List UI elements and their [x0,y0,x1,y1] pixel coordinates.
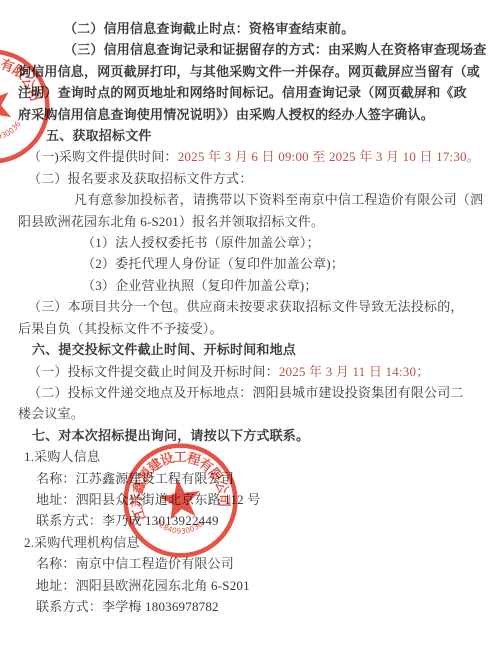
text-segment: （二）信用信息查询截止时点：资格审查结束前。 [64,21,354,36]
text-line: 凡有意参加投标者，请携带以下资料至南京中信工程造价有限公司（泗 [18,189,482,210]
text-line: 地址：泗阳县欧洲花园东北角 6-S201 [18,575,482,596]
text-segment: 地址：泗阳县众兴街道北京东路 112 号 [36,492,261,507]
text-line: 阳县欧洲花园东北角 6-S201）报名并领取招标文件。 [18,211,482,232]
text-segment: 询信用信息，网页截屏打印，与其他采购文件一并保存。网页截屏应当留有（或 [18,64,480,79]
text-line: 2.采购代理机构信息 [18,532,482,553]
text-segment: （三）本项目共分一个包。供应商未按要求获取招标文件导致无法投标的， [28,299,464,314]
text-segment: （一）投标文件提交截止时间及开标时间： [28,364,279,379]
text-line: （1）法人授权委托书（原件加盖公章）； [18,232,482,253]
text-line: （一)采购文件提供时间：2025 年 3 月 6 日 09:00 至 2025 … [18,146,482,167]
text-line: 1.采购人信息 [18,446,482,467]
text-line: 询信用信息，网页截屏打印，与其他采购文件一并保存。网页截屏应当留有（或 [18,61,482,82]
highlighted-date-text: 2025 年 3 月 6 日 09:00 至 2025 年 3 月 10 日 1… [178,149,480,164]
text-segment: 注明）查询时点的网页地址和网络时间标记。信用查询记录（网页截屏和《政 [18,85,467,100]
text-line: （二）报名要求及获取招标文件方式： [18,168,482,189]
text-segment: 七、对本次招标提出询问，请按以下方式联系。 [32,428,309,443]
text-segment: 1.采购人信息 [24,449,100,464]
text-segment: 五、获取招标文件 [46,128,152,143]
text-segment: 2.采购代理机构信息 [24,535,140,550]
text-line: 名称：南京中信工程造价有限公司 [18,553,482,574]
text-line: （2）委托代理人身份证（复印件加盖公章)； [18,253,482,274]
text-segment: 阳县欧洲花园东北角 6-S201）报名并领取招标文件。 [18,214,324,229]
text-line: 府采购信用信息查询使用情况说明》）由采购人授权的经办人签字确认。 [18,104,482,125]
text-line: 七、对本次招标提出询问，请按以下方式联系。 [18,425,482,446]
text-segment: （二）投标文件递交地点及开标地点：泗阳县城市建设投资集团有限公司二 [28,385,464,400]
text-segment: 府采购信用信息查询使用情况说明》）由采购人授权的经办人签字确认。 [18,107,434,122]
text-segment: 名称：江苏鑫源建设工程有限公司 [36,471,234,486]
document-page: （二）信用信息查询截止时点：资格审查结束前。（三）信用信息查询记录和证据留存的方… [0,0,500,649]
text-segment: （三）信用信息查询记录和证据留存的方式：由采购人在资格审查现场查 [64,42,486,57]
text-segment: 六、提交投标文件截止时间、开标时间和地点 [32,342,296,357]
text-line: 联系方式：李学梅 18036978782 [18,596,482,617]
document-body: （二）信用信息查询截止时点：资格审查结束前。（三）信用信息查询记录和证据留存的方… [18,18,482,617]
text-segment: 楼会议室。 [18,406,84,421]
text-line: 后果自负（其投标文件不予接受）。 [18,318,482,339]
text-line: （3）企业营业执照（复印件加盖公章)； [18,275,482,296]
text-segment: （3）企业营业执照（复印件加盖公章)； [82,278,318,293]
text-line: 五、获取招标文件 [18,125,482,146]
text-segment: 联系方式：李乃成 13013922449 [36,513,219,528]
text-segment: 名称：南京中信工程造价有限公司 [36,556,234,571]
text-line: （二）信用信息查询截止时点：资格审查结束前。 [18,18,482,39]
text-line: 地址：泗阳县众兴街道北京东路 112 号 [18,489,482,510]
text-segment: 联系方式：李学梅 18036978782 [36,599,219,614]
text-segment: （二）报名要求及获取招标文件方式： [28,171,252,186]
text-line: 六、提交投标文件截止时间、开标时间和地点 [18,339,482,360]
text-segment: （一)采购文件提供时间： [28,149,178,164]
text-line: （一）投标文件提交截止时间及开标时间：2025 年 3 月 11 日 14:30… [18,361,482,382]
text-line: 名称：江苏鑫源建设工程有限公司 [18,468,482,489]
text-line: （三）信用信息查询记录和证据留存的方式：由采购人在资格审查现场查 [18,39,482,60]
text-line: 联系方式：李乃成 13013922449 [18,510,482,531]
text-segment: 后果自负（其投标文件不予接受）。 [18,321,223,336]
text-line: 注明）查询时点的网页地址和网络时间标记。信用查询记录（网页截屏和《政 [18,82,482,103]
text-segment: （2）委托代理人身份证（复印件加盖公章)； [82,256,344,271]
text-line: 楼会议室。 [18,403,482,424]
text-segment: 凡有意参加投标者，请携带以下资料至南京中信工程造价有限公司（泗 [74,192,483,207]
text-segment: 地址：泗阳县欧洲花园东北角 6-S201 [36,578,250,593]
text-line: （三）本项目共分一个包。供应商未按要求获取招标文件导致无法投标的， [18,296,482,317]
text-segment: （1）法人授权委托书（原件加盖公章）； [82,235,320,250]
highlighted-date-text: 2025 年 3 月 11 日 14:30； [279,364,430,379]
text-line: （二）投标文件递交地点及开标地点：泗阳县城市建设投资集团有限公司二 [18,382,482,403]
